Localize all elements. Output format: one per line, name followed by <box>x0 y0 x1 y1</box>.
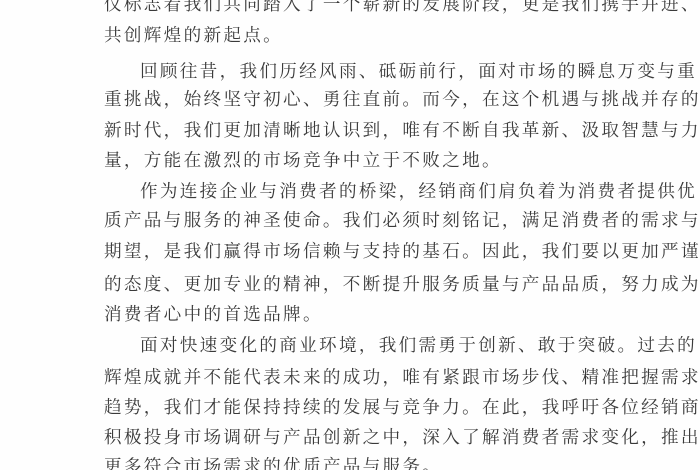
text-line: 更多符合市场需求的优质产品与服务。 <box>104 456 584 470</box>
text-line: 作为连接企业与消费者的桥梁，经销商们肩负着为消费者提供优 <box>140 181 584 203</box>
document-page: 仪标志着我们共同踏入了一个崭新的发展阶段，更是我们携手并进、共创辉煌的新起点。回… <box>0 0 700 470</box>
text-line: 仪标志着我们共同踏入了一个崭新的发展阶段，更是我们携手并进、 <box>104 0 584 16</box>
text-line: 共创辉煌的新起点。 <box>104 25 584 47</box>
text-line: 重挑战，始终坚守初心、勇往直前。而今，在这个机遇与挑战并存的 <box>104 89 584 111</box>
text-line: 新时代，我们更加清晰地认识到，唯有不断自我革新、汲取智慧与力 <box>104 120 584 142</box>
text-line: 辉煌成就并不能代表未来的成功，唯有紧跟市场步伐、精准把握需求 <box>104 367 584 389</box>
text-line: 消费者心中的首选品牌。 <box>104 304 584 326</box>
text-line: 回顾往昔，我们历经风雨、砥砺前行，面对市场的瞬息万变与重 <box>140 61 584 83</box>
text-line: 期望，是我们赢得市场信赖与支持的基石。因此，我们要以更加严谨 <box>104 241 584 263</box>
text-line: 质产品与服务的神圣使命。我们必须时刻铭记，满足消费者的需求与 <box>104 210 584 232</box>
text-line: 量，方能在激烈的市场竞争中立于不败之地。 <box>104 150 584 172</box>
text-line: 积极投身市场调研与产品创新之中，深入了解消费者需求变化，推出 <box>104 427 584 449</box>
text-line: 的态度、更加专业的精神，不断提升服务质量与产品品质，努力成为 <box>104 274 584 296</box>
text-line: 面对快速变化的商业环境，我们需勇于创新、敢于突破。过去的 <box>140 335 584 357</box>
text-line: 趋势，我们才能保持持续的发展与竞争力。在此，我呼吁各位经销商 <box>104 397 584 419</box>
